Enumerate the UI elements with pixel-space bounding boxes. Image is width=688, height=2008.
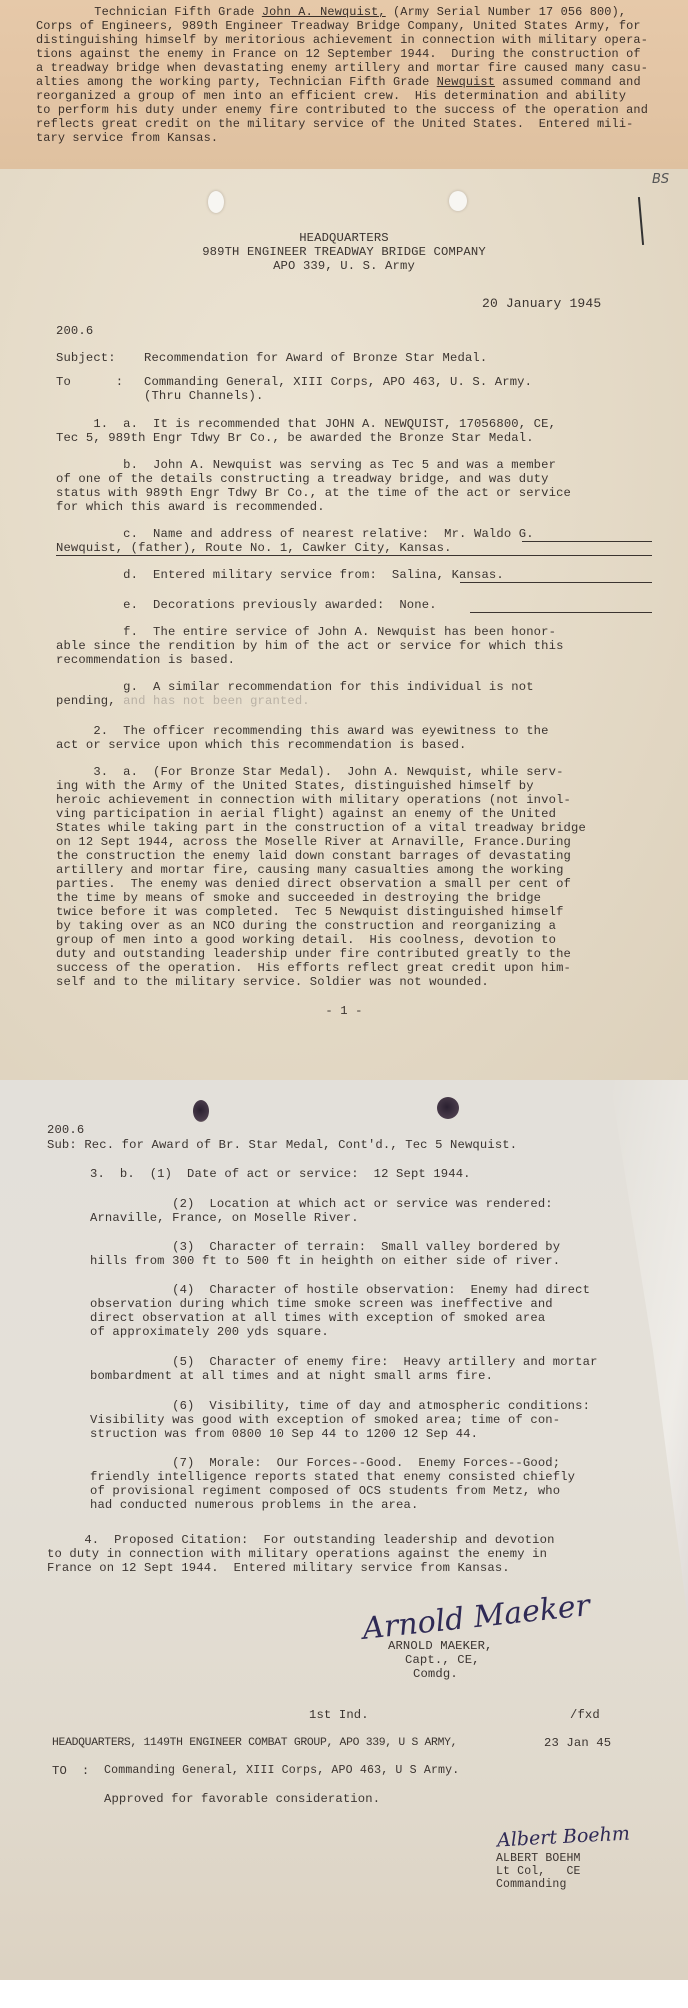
para-1f-line-3: recommendation is based. — [56, 653, 235, 667]
citation-line-8: to perform his duty under enemy fire con… — [36, 104, 648, 117]
signer-1-name: ARNOLD MAEKER, — [388, 1639, 493, 1653]
para-1f-line-2: able since the rendition by him of the a… — [56, 639, 564, 653]
punch-hole — [437, 1097, 459, 1119]
para-4-line-3: France on 12 Sept 1944. Entered military… — [47, 1561, 510, 1575]
para-3b5-line-2: bombardment at all times and at night sm… — [90, 1369, 493, 1383]
para-1a-line-2: Tec 5, 989th Engr Tdwy Br Co., be awarde… — [56, 431, 534, 445]
para-3a-line-9: parties. The enemy was denied direct obs… — [56, 877, 571, 891]
signer-2-rank: Lt Col, CE — [496, 1865, 581, 1878]
para-3a-line-16: self and to the military service. Soldie… — [56, 975, 489, 989]
para-3a-line-4: ving participation in aerial flight) aga… — [56, 807, 556, 821]
para-3a-line-14: duty and outstanding leadership under fi… — [56, 947, 571, 961]
para-3b4-line-4: of approximately 200 yds square. — [90, 1325, 329, 1339]
para-3a-line-3: heroic achievement in connection with mi… — [56, 793, 571, 807]
para-3a-line-7: the construction the enemy laid down con… — [56, 849, 571, 863]
citation-strip: Technician Fifth Grade John A. Newquist,… — [0, 0, 688, 169]
para-1e: e. Decorations previously awarded: None. — [56, 598, 437, 612]
citation-line-4: tions against the enemy in France on 12 … — [36, 48, 641, 61]
para-3b4-line-2: observation during which time smoke scre… — [90, 1297, 553, 1311]
struck-text: and has not been granted. — [116, 694, 310, 708]
indorsement-ref: /fxd — [570, 1708, 600, 1722]
para-1b-line-3: status with 989th Engr Tdwy Br Co., at t… — [56, 486, 571, 500]
para-1g-line-2: pending, and has not been granted. — [56, 694, 310, 708]
letterhead-line-3: APO 339, U. S. Army — [0, 259, 688, 273]
citation-line-7: reorganized a group of men into an effic… — [36, 90, 626, 103]
file-number: 200.6 — [56, 324, 93, 338]
para-2-line-1: 2. The officer recommending this award w… — [56, 724, 549, 738]
underline — [56, 555, 652, 556]
signer-1-rank: Capt., CE, — [405, 1653, 480, 1667]
para-3b2-line-1: (2) Location at which act or service was… — [90, 1197, 553, 1211]
citation-line-1: Technician Fifth Grade John A. Newquist,… — [36, 6, 626, 19]
para-3b1: 3. b. (1) Date of act or service: 12 Sep… — [90, 1167, 471, 1181]
para-3b6-line-2: Visibility was good with exception of sm… — [90, 1413, 560, 1427]
page-number: - 1 - — [0, 1004, 688, 1018]
citation-line-10: tary service from Kansas. — [36, 132, 218, 145]
para-4-line-2: to duty in connection with military oper… — [47, 1547, 547, 1561]
para-3b4-line-3: direct observation at all times with exc… — [90, 1311, 545, 1325]
para-3a-line-5: States while taking part in the construc… — [56, 821, 586, 835]
subject-line: Sub: Rec. for Award of Br. Star Medal, C… — [47, 1138, 517, 1152]
letterhead-line-2: 989TH ENGINEER TREADWAY BRIDGE COMPANY — [0, 245, 688, 259]
indorsement-to-label: TO : — [52, 1764, 89, 1778]
underline — [470, 612, 652, 613]
to-line-2: (Thru Channels). — [144, 389, 263, 403]
file-number: 200.6 — [47, 1123, 84, 1137]
para-3b5-line-1: (5) Character of enemy fire: Heavy artil… — [90, 1355, 598, 1369]
para-1f-line-1: f. The entire service of John A. Newquis… — [56, 625, 556, 639]
citation-line-6: alties among the working party, Technici… — [36, 76, 641, 89]
para-1b-line-4: for which this award is recommended. — [56, 500, 325, 514]
citation-line-9: reflects great credit on the military se… — [36, 118, 633, 131]
signer-2-role: Commanding — [496, 1878, 567, 1891]
para-1b-line-2: of one of the details constructing a tre… — [56, 472, 549, 486]
para-3b3-line-2: hills from 300 ft to 500 ft in heighth o… — [90, 1254, 560, 1268]
citation-line-2: Corps of Engineers, 989th Engineer Tread… — [36, 20, 641, 33]
para-3a-line-6: on 12 Sept 1944, across the Moselle Rive… — [56, 835, 571, 849]
para-1a-line-1: 1. a. It is recommended that JOHN A. NEW… — [56, 417, 556, 431]
para-3a-line-11: twice before it was completed. Tec 5 New… — [56, 905, 564, 919]
signer-1-role: Comdg. — [413, 1667, 458, 1681]
para-3a-line-12: by taking over as an NCO during the cons… — [56, 919, 556, 933]
entered-service-value: Salina, Kansas. — [392, 568, 504, 582]
decorations-value: None. — [399, 598, 436, 612]
punch-hole — [449, 191, 467, 211]
para-4-line-1: 4. Proposed Citation: For outstanding le… — [47, 1533, 555, 1547]
para-3a-line-1: 3. a. (For Bronze Star Medal). John A. N… — [56, 765, 564, 779]
para-1g-line-1: g. A similar recommendation for this ind… — [56, 680, 534, 694]
para-3a-line-10: the time by means of smoke and succeeded… — [56, 891, 541, 905]
letter-page-1: BS HEADQUARTERS 989TH ENGINEER TREADWAY … — [0, 169, 688, 1080]
indorsement-from: HEADQUARTERS, 1149TH ENGINEER COMBAT GRO… — [52, 1736, 457, 1750]
punch-hole — [208, 191, 224, 213]
nearest-relative-value: Mr. Waldo G. — [444, 527, 534, 541]
para-2-line-2: act or service upon which this recommend… — [56, 738, 467, 752]
para-3b7-line-4: had conducted numerous problems in the a… — [90, 1498, 418, 1512]
para-1c-line-2: Newquist, (father), Route No. 1, Cawker … — [56, 541, 452, 555]
indorsement-title: 1st Ind. — [309, 1708, 369, 1722]
para-1c-line-1: c. Name and address of nearest relative:… — [56, 527, 534, 541]
indorsement-body: Approved for favorable consideration. — [104, 1792, 380, 1806]
para-3b6-line-3: struction was from 0800 10 Sep 44 to 120… — [90, 1427, 478, 1441]
punch-hole — [193, 1100, 209, 1122]
underline — [522, 541, 652, 542]
para-3a-line-8: artillery and mortar fire, causing many … — [56, 863, 564, 877]
subject-text: Recommendation for Award of Bronze Star … — [144, 351, 487, 365]
para-3b7-line-3: of provisional regiment composed of OCS … — [90, 1484, 560, 1498]
para-3b2-line-2: Arnaville, France, on Moselle River. — [90, 1211, 359, 1225]
letter-date: 20 January 1945 — [482, 297, 601, 311]
para-3b6-line-1: (6) Visibility, time of day and atmosphe… — [90, 1399, 590, 1413]
to-line-1: Commanding General, XIII Corps, APO 463,… — [144, 375, 532, 389]
signer-2-name: ALBERT BOEHM — [496, 1852, 581, 1865]
letter-page-2: 200.6 Sub: Rec. for Award of Br. Star Me… — [0, 1080, 688, 1980]
underline — [460, 582, 652, 583]
para-3a-line-15: success of the operation. His efforts re… — [56, 961, 571, 975]
para-3b7-line-2: friendly intelligence reports stated tha… — [90, 1470, 575, 1484]
margin-note: BS — [652, 172, 669, 187]
citation-line-5: a treadway bridge when devastating enemy… — [36, 62, 648, 75]
letterhead-line-1: HEADQUARTERS — [0, 231, 688, 245]
para-3a-line-2: ing with the Army of the United States, … — [56, 779, 534, 793]
subject-label: Subject: — [56, 351, 116, 365]
to-label: To : — [56, 375, 123, 389]
para-3b4-line-1: (4) Character of hostile observation: En… — [90, 1283, 590, 1297]
para-1b-line-1: b. John A. Newquist was serving as Tec 5… — [56, 458, 556, 472]
signature-boehm: Albert Boehm — [497, 1823, 631, 1852]
indorsement-date: 23 Jan 45 — [544, 1736, 611, 1750]
citation-line-3: distinguishing himself by meritorious ac… — [36, 34, 648, 47]
para-1d: d. Entered military service from: Salina… — [56, 568, 504, 582]
para-3b7-line-1: (7) Morale: Our Forces--Good. Enemy Forc… — [90, 1456, 560, 1470]
paper-fold — [610, 1080, 688, 1980]
para-3a-line-13: group of men into a good working detail.… — [56, 933, 556, 947]
para-3b3-line-1: (3) Character of terrain: Small valley b… — [90, 1240, 560, 1254]
indorsement-to: Commanding General, XIII Corps, APO 463,… — [104, 1764, 459, 1778]
